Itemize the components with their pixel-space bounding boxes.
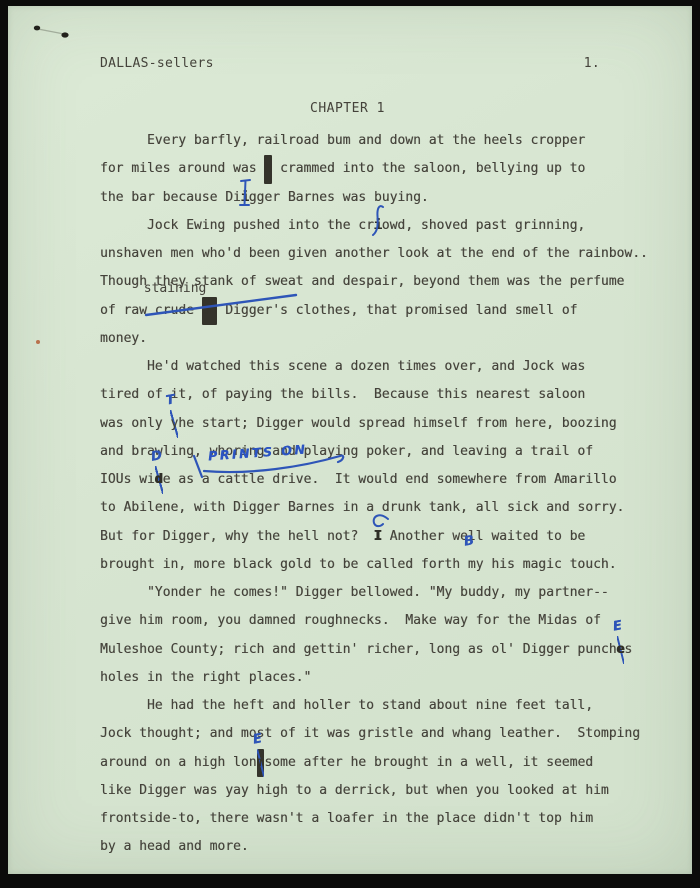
handwritten-letter: D [150,449,163,464]
typescript-line: for miles around was b crammed into the … [100,155,676,183]
typescript-line: Every barfly, railroad bum and down at t… [100,127,676,155]
typescript-line: the bar because Diigger Barnes was buyin… [100,184,676,212]
typescript-text: money. [100,331,147,346]
typescript-line: give him room, you damned roughnecks. Ma… [100,607,676,635]
typescript-line: unshaven men who'd been given another lo… [100,240,676,268]
typescript-line: He had the heft and holler to stand abou… [100,692,676,720]
typescript-text: brought in, more black gold to be called… [100,557,468,572]
typescript-text: But for Digger, why the hell not? [100,529,374,544]
typescript-text: crammed into the saloon, bellying up to [272,161,585,176]
paper-speck [36,340,40,344]
chapter-heading: CHAPTER 1 [310,101,385,117]
typescript-text: was only [100,416,170,431]
typescript-line: Jock Ewing pushed into the criowd, shove… [100,212,676,240]
typescript-text: Jock thought; and most of it was gristle… [100,726,640,741]
typescript-line: frontside-to, there wasn't a loafer in t… [100,805,676,833]
typescript-text: for miles around was [100,161,264,176]
struck-character: I [374,523,382,551]
typescript-text: Every barfly, railroad bum and down at t… [100,133,585,148]
typescript-line: to Abilene, with Digger Barnes in a drun… [100,494,676,522]
manuscript-title: DALLAS-sellers [100,56,214,72]
typescript-text: He'd watched this scene a dozen times ov… [100,359,585,374]
typescript-line: holes in the right places." [100,664,676,692]
typescript-text: he start; Digger would spread himself fr… [178,416,616,431]
handwritten-letter: E [251,732,262,746]
handwritten-letter: E [612,619,623,633]
typescript-text: around on a high lon [100,755,257,770]
struck-character: i [374,212,382,240]
typescript-line: "Yonder he comes!" Digger bellowed. "My … [100,579,676,607]
typescript-line: and brawling, whoring and playing poker,… [100,438,676,466]
typescript-text: by a head and more. [100,839,249,854]
typescript-line: He'd watched this scene a dozen times ov… [100,353,676,381]
scanned-manuscript-photo: { "page": { "header": { "title": "DALLAS… [0,0,700,888]
typescript-line: IOUs widDe as PRINTS ONa cattle drive. I… [100,466,676,494]
typescript-text: IOUs wi [100,472,155,487]
corrected-character: yT [170,410,178,438]
manuscript-page: DALLAS-sellers 1. CHAPTER 1 Every barfly… [8,6,692,874]
typescript-line: money. [100,325,676,353]
typescript-text: to Abilene, with Digger Barnes in a drun… [100,500,624,515]
handwritten-letter: B [463,534,475,549]
struck-character: onstaining [202,297,218,325]
typescript-text: Muleshoe County; rich and gettin' richer… [100,642,617,657]
typescript-body: Every barfly, railroad bum and down at t… [100,127,676,862]
typescript-text: of raw crude [100,303,202,318]
struck-character: i [241,184,249,212]
typescript-text: unshaven men who'd been given another lo… [100,246,648,261]
typescript-text: give him room, you damned roughnecks. Ma… [100,613,601,628]
typescript-text: the bar because Di [100,190,241,205]
typescript-text: a cattle drive. It would end somewhere f… [202,472,617,487]
typescript-text: and brawling, whoring and playing poker,… [100,444,593,459]
typescript-line: Jock thought; and most of it was gristle… [100,720,676,748]
typescript-text: holes in the right places." [100,670,311,685]
running-header: DALLAS-sellers 1. [100,56,600,72]
struck-character: eE [617,636,625,664]
typescript-text: e as [163,472,194,487]
staple-mark [26,18,78,44]
typescript-line: around on a high lonmEsome after he brou… [100,749,676,777]
typescript-line: like Digger was yay high to a derrick, b… [100,777,676,805]
typescript-text: He had the heft and holler to stand abou… [100,698,593,713]
typescript-line: of raw crude onstaining Digger's clothes… [100,297,676,325]
typescript-text: gger Barnes was buying. [249,190,429,205]
typescript-text: Jock Ewing pushed into the cr [100,218,374,233]
typescript-text: some after he brought in a well, it seem… [264,755,593,770]
struck-character: dD [155,466,163,494]
typescript-text: like Digger was yay high to a derrick, b… [100,783,609,798]
typescript-text: frontside-to, there wasn't a loafer in t… [100,811,593,826]
typescript-line: by a head and more. [100,833,676,861]
typescript-line: brought in, more black gold to be called… [100,551,676,579]
typescript-text: s [624,642,632,657]
struck-character: mE [257,749,265,777]
typescript-line: tired of it, of paying the bills. Becaus… [100,381,676,409]
corrected-character: mB [468,551,476,579]
page-number: 1. [584,56,600,72]
struck-character: b [264,155,272,183]
typescript-text: "Yonder he comes!" Digger bellowed. "My … [100,585,609,600]
typescript-line: But for Digger, why the hell not? I Anot… [100,523,676,551]
typed-insertion: staining [144,282,207,295]
typescript-text: Another well waited to be [382,529,586,544]
typescript-text: owd, shoved past grinning, [382,218,586,233]
typescript-line: Muleshoe County; rich and gettin' richer… [100,636,676,664]
corrected-character: PRINTS ON [194,466,202,494]
typescript-text: Digger's clothes, that promised land sme… [217,303,577,318]
typescript-line: was only yThe start; Digger would spread… [100,410,676,438]
typescript-text: y his magic touch. [476,557,617,572]
